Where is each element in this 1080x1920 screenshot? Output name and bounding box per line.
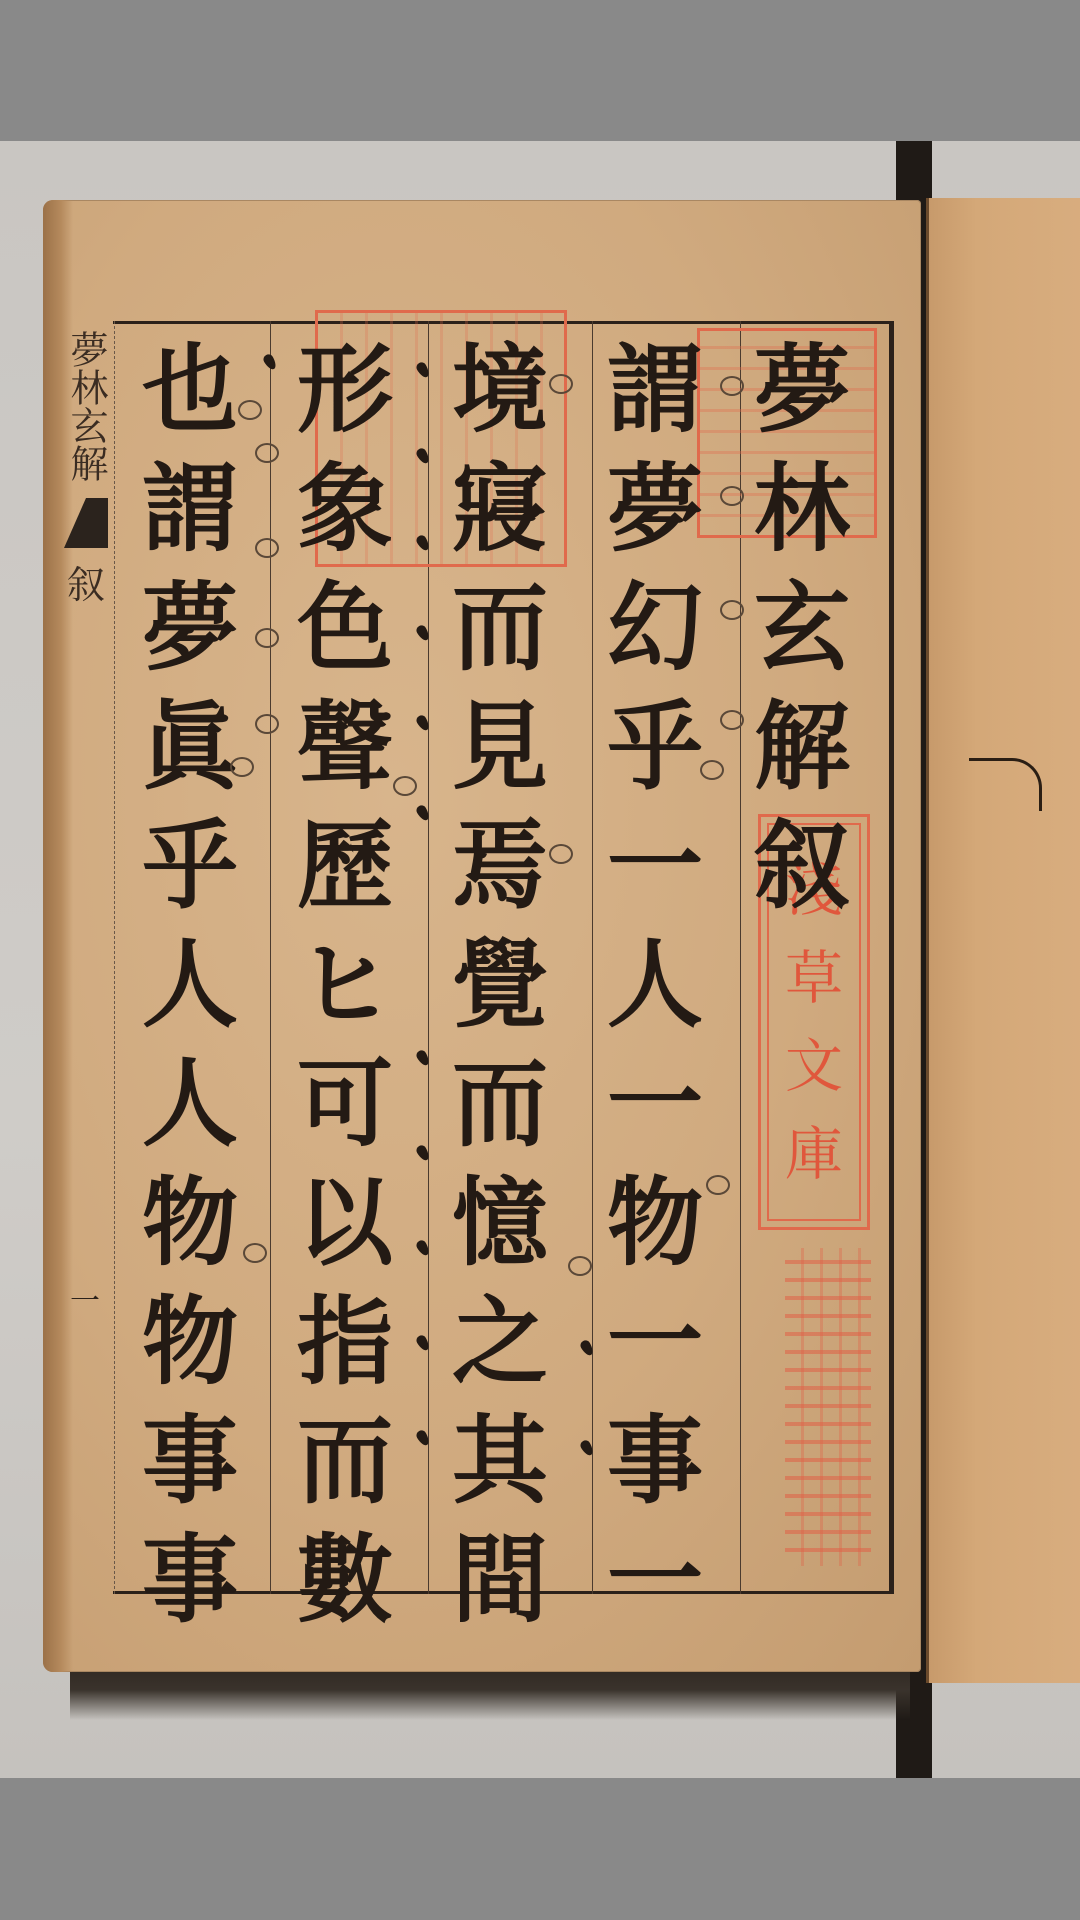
text-char: 眞: [135, 687, 245, 806]
circle-mark-icon: [720, 710, 744, 730]
circle-mark-icon: [255, 714, 279, 734]
block-center-page-number: 一: [70, 1276, 100, 1320]
seal-char: 文: [785, 1022, 843, 1110]
seal-char: 庫: [785, 1110, 843, 1198]
paper-tear-mark: [969, 758, 1042, 811]
text-char: 見: [445, 687, 555, 806]
text-char: 幻: [600, 568, 710, 687]
text-char: 人: [600, 925, 710, 1044]
text-column-1: 謂 夢 幻 乎 一 人 一 物 一 事 一: [600, 330, 710, 1639]
text-column-3: 形 象 色 聲 歷 ヒ 可 以 指 而 數: [290, 330, 400, 1639]
text-char: 事: [135, 1401, 245, 1520]
text-char: 寢: [445, 449, 555, 568]
text-char: 夢: [135, 568, 245, 687]
bottom-letterbox-bar: [0, 1778, 1080, 1920]
text-char: 事: [600, 1401, 710, 1520]
text-char: 可: [290, 1044, 400, 1163]
text-char: 也: [135, 330, 245, 449]
text-char: 之: [445, 1282, 555, 1401]
text-char: 而: [290, 1401, 400, 1520]
text-char: 歷: [290, 806, 400, 925]
block-center-section: 叙: [67, 558, 105, 612]
text-char: 其: [445, 1401, 555, 1520]
circle-mark-icon: [238, 400, 262, 420]
text-char: 物: [135, 1163, 245, 1282]
text-char: 形: [290, 330, 400, 449]
circle-mark-icon: [255, 443, 279, 463]
seal-char: 草: [785, 934, 843, 1022]
text-column-4: 也 謂 夢 眞 乎 人 人 物 物 事 事: [135, 330, 245, 1639]
text-char: 間: [445, 1520, 555, 1639]
circle-mark-icon: [230, 757, 254, 777]
circle-mark-icon: [706, 1175, 730, 1195]
circle-mark-icon: [549, 374, 573, 394]
text-char: 聲: [290, 687, 400, 806]
text-char: 指: [290, 1282, 400, 1401]
text-char: 乎: [600, 687, 710, 806]
text-char: 一: [600, 1520, 710, 1639]
title-char: 夢: [747, 330, 857, 449]
column-rule: [270, 321, 271, 1594]
text-char: 乎: [135, 806, 245, 925]
text-char: 謂: [600, 330, 710, 449]
text-char: 一: [600, 806, 710, 925]
text-char: 人: [135, 925, 245, 1044]
circle-mark-icon: [393, 776, 417, 796]
circle-mark-icon: [720, 486, 744, 506]
text-char: ヒ: [290, 925, 400, 1044]
block-center-title-char: 夢林玄解: [59, 330, 113, 482]
tall-seal-bottom-right: [785, 1248, 871, 1566]
text-char: 一: [600, 1282, 710, 1401]
top-letterbox-bar: [0, 0, 1080, 141]
text-char: 色: [290, 568, 400, 687]
title-char: 叙: [747, 806, 857, 925]
title-char: 林: [747, 449, 857, 568]
column-rule: [592, 321, 593, 1594]
text-char: 事: [135, 1520, 245, 1639]
circle-mark-icon: [243, 1243, 267, 1263]
text-char: 境: [445, 330, 555, 449]
circle-mark-icon: [255, 628, 279, 648]
circle-mark-icon: [549, 844, 573, 864]
circle-mark-icon: [720, 600, 744, 620]
circle-mark-icon: [255, 538, 279, 558]
text-char: 謂: [135, 449, 245, 568]
text-char: 物: [600, 1163, 710, 1282]
fishtail-mark-icon: [64, 498, 108, 548]
adjacent-page: [926, 198, 1080, 1683]
text-char: 而: [445, 1044, 555, 1163]
text-char: 一: [600, 1044, 710, 1163]
circle-mark-icon: [568, 1256, 592, 1276]
title-char: 玄: [747, 568, 857, 687]
text-char: 焉: [445, 806, 555, 925]
text-char: 覺: [445, 925, 555, 1044]
text-char: 夢: [600, 449, 710, 568]
text-char: 物: [135, 1282, 245, 1401]
text-char: 而: [445, 568, 555, 687]
text-char: 以: [290, 1163, 400, 1282]
text-char: 憶: [445, 1163, 555, 1282]
circle-mark-icon: [720, 376, 744, 396]
block-center-text: 夢林玄解 叙: [60, 330, 112, 612]
text-char: 數: [290, 1520, 400, 1639]
text-char: 人: [135, 1044, 245, 1163]
title-char: 解: [747, 687, 857, 806]
text-char: 象: [290, 449, 400, 568]
text-column-2: 境 寢 而 見 焉 覺 而 憶 之 其 間: [445, 330, 555, 1639]
text-column-title: 夢 林 玄 解 叙: [747, 330, 857, 925]
circle-mark-icon: [700, 760, 724, 780]
